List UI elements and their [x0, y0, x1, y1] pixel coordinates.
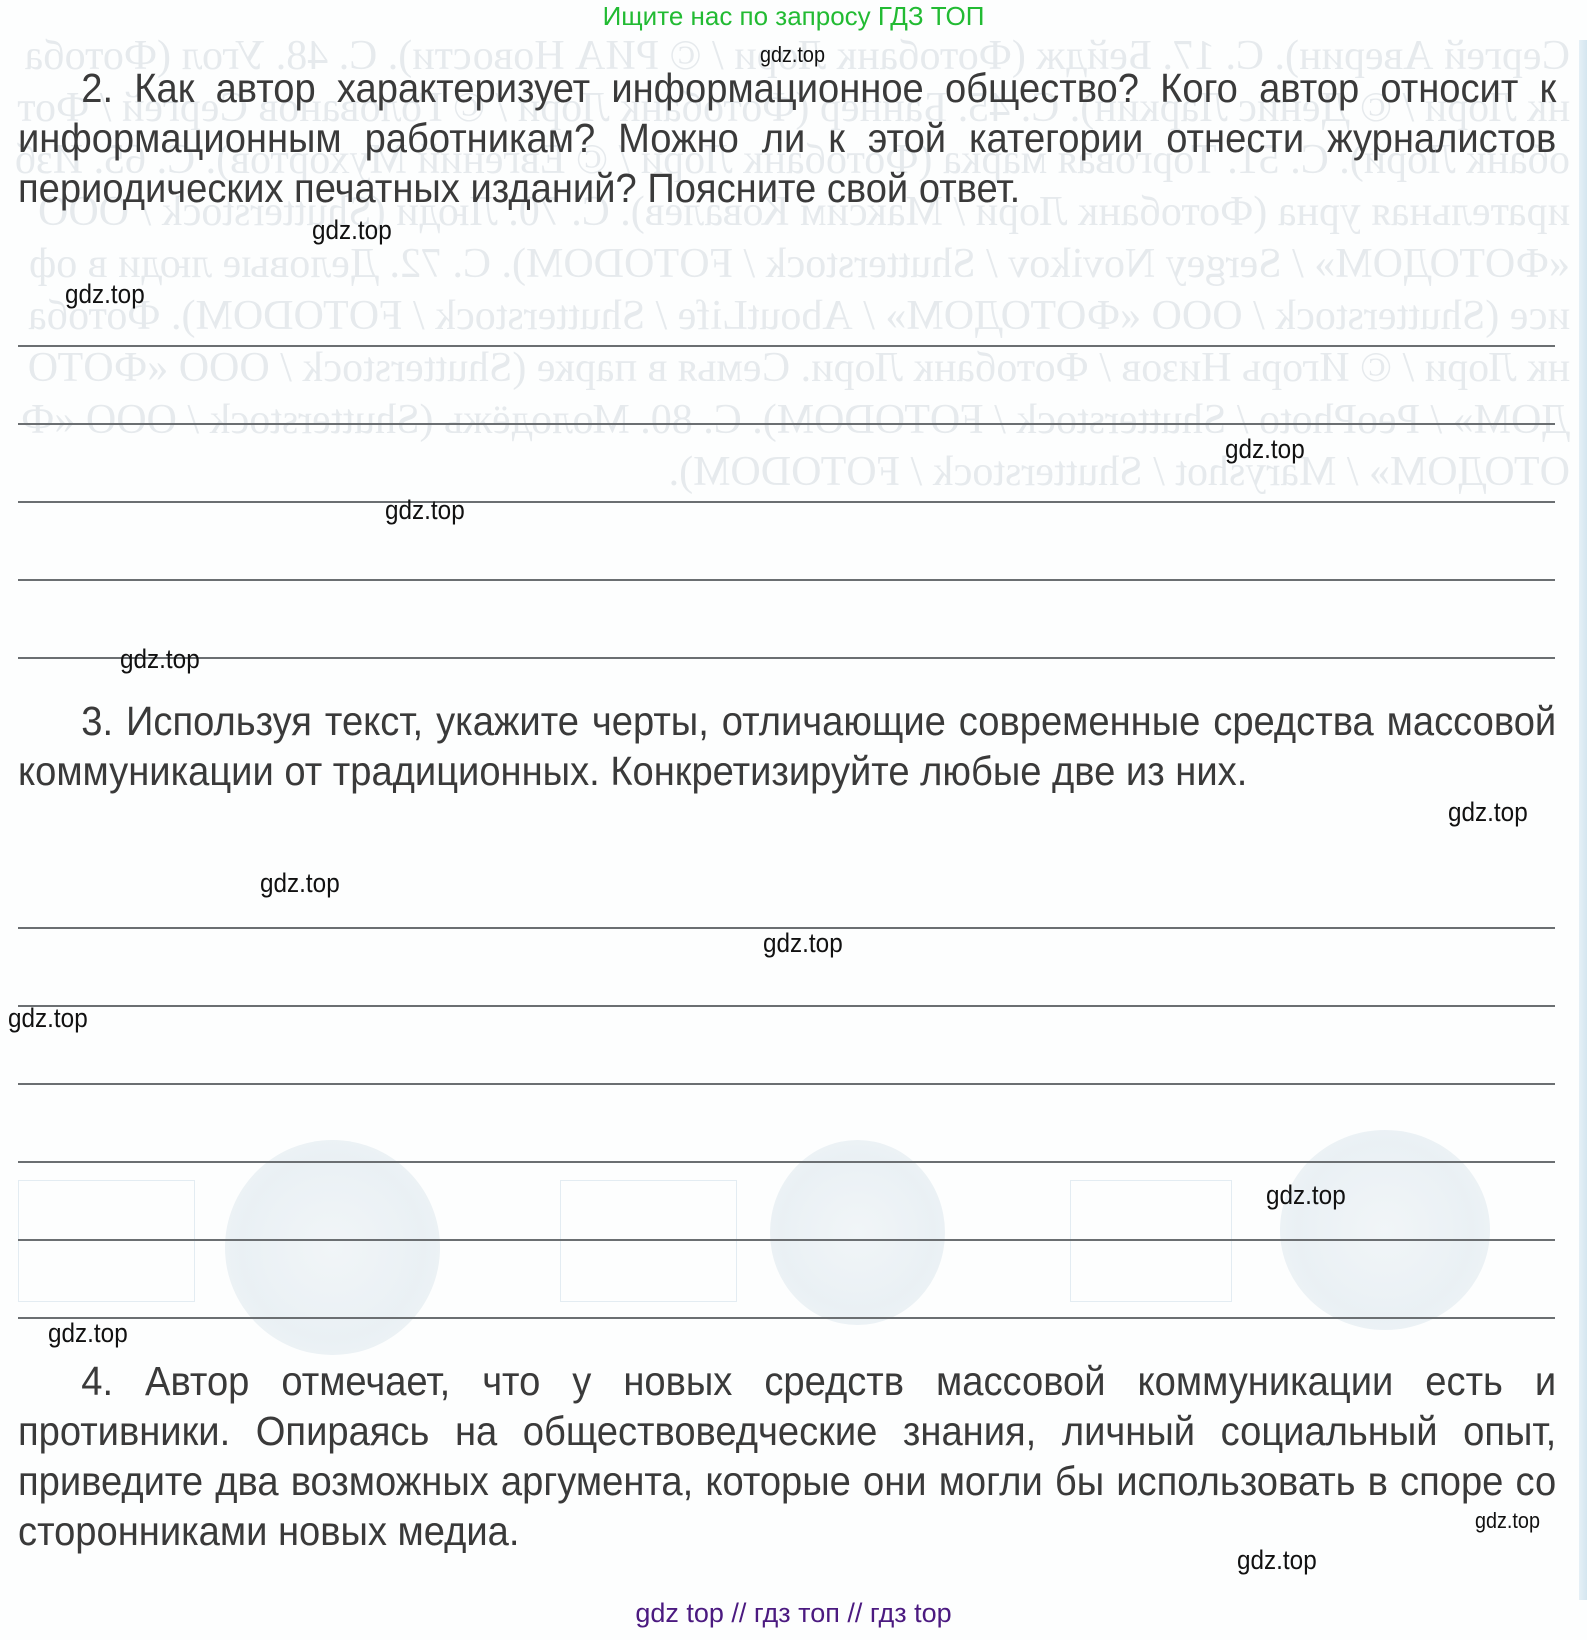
watermark: gdz.top: [1475, 1508, 1540, 1534]
bleed-through-circle: [225, 1140, 440, 1355]
question-number: 4.: [81, 1358, 113, 1404]
question-text: Как автор характеризует информационное о…: [18, 65, 1556, 211]
question-2: 2. Как автор характеризует информационно…: [18, 63, 1556, 213]
watermark: gdz.top: [763, 928, 843, 959]
watermark: gdz.top: [1225, 434, 1305, 465]
answer-line[interactable]: [18, 657, 1555, 659]
question-text: Используя текст, укажите черты, отличающ…: [18, 698, 1556, 794]
watermark: gdz.top: [760, 42, 825, 68]
answer-line[interactable]: [18, 1005, 1555, 1007]
bleed-through-circle: [770, 1140, 945, 1325]
answer-line[interactable]: [18, 1239, 1555, 1241]
watermark: gdz.top: [65, 279, 145, 310]
question-3: 3. Используя текст, укажите черты, отлич…: [18, 696, 1556, 796]
question-number: 3.: [81, 698, 113, 744]
question-text: Автор отмечает, что у новых средств масс…: [18, 1358, 1556, 1554]
watermark: gdz.top: [1266, 1180, 1346, 1211]
watermark: gdz.top: [120, 644, 200, 675]
answer-line[interactable]: [18, 1317, 1555, 1319]
watermark: gdz.top: [48, 1318, 128, 1349]
promo-banner-top[interactable]: Ищите нас по запросу ГДЗ ТОП: [0, 0, 1587, 32]
watermark: gdz.top: [1237, 1545, 1317, 1576]
watermark: gdz.top: [385, 495, 465, 526]
question-4: 4. Автор отмечает, что у новых средств м…: [18, 1356, 1556, 1556]
answer-line[interactable]: [18, 501, 1555, 503]
bleed-through-box: [18, 1180, 195, 1302]
answer-line[interactable]: [18, 345, 1555, 347]
answer-line[interactable]: [18, 579, 1555, 581]
watermark: gdz.top: [312, 215, 392, 246]
question-number: 2.: [81, 65, 113, 111]
watermark: gdz.top: [8, 1003, 88, 1034]
watermark: gdz.top: [260, 868, 340, 899]
bleed-through-box: [560, 1180, 737, 1302]
watermark: gdz.top: [1448, 797, 1528, 828]
bleed-through-circle: [1280, 1130, 1490, 1330]
answer-line[interactable]: [18, 1083, 1555, 1085]
answer-line[interactable]: [18, 423, 1555, 425]
workbook-page: Сергей Аверин). С. 17. Бейдж (Фотобанк Л…: [0, 0, 1587, 1640]
page-edge: [1579, 40, 1587, 1600]
answer-line[interactable]: [18, 1161, 1555, 1163]
bleed-through-box: [1070, 1180, 1232, 1302]
promo-banner-bottom[interactable]: gdz top // гдз топ // гдз top: [0, 1596, 1587, 1630]
